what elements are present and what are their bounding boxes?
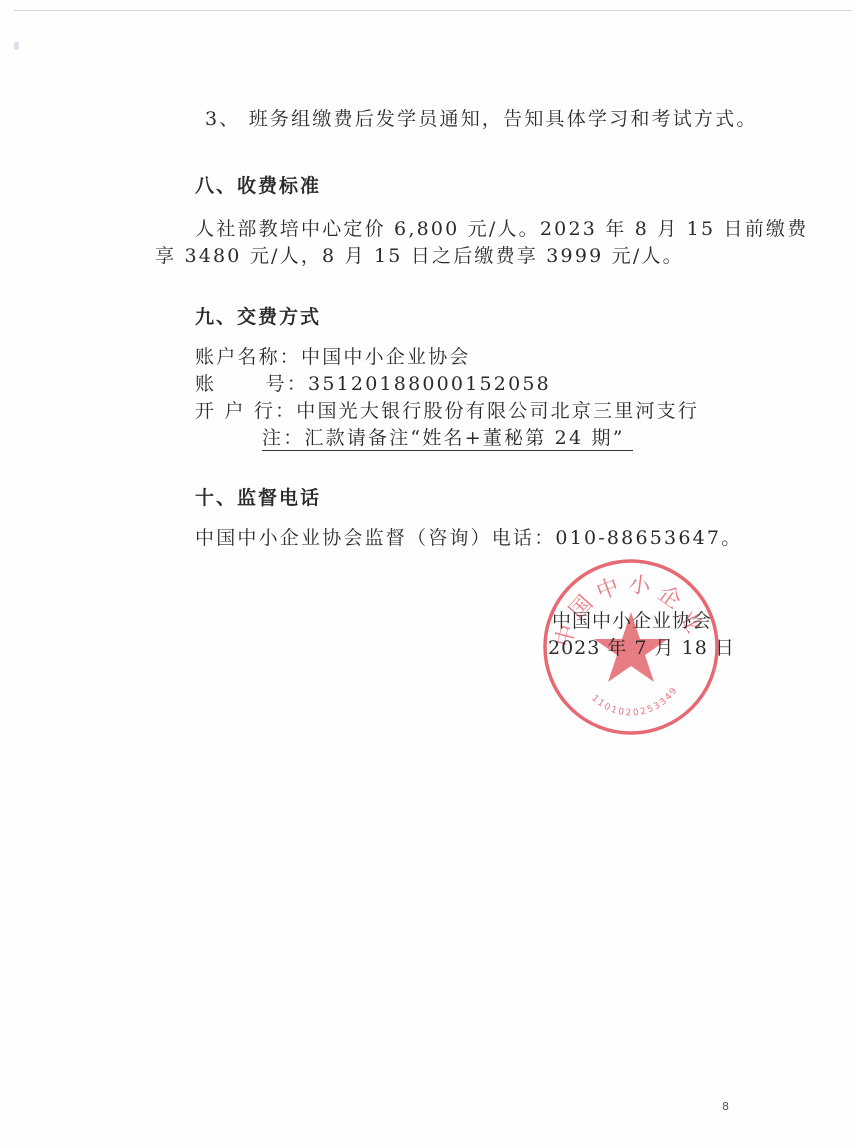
- svg-text:1101020253349: 1101020253349: [589, 685, 680, 719]
- section-8-title: 八、收费标准: [195, 174, 321, 198]
- signature-date: 2023 年 7 月 18 日: [548, 636, 735, 660]
- signature-org: 中国中小企业协会: [552, 609, 712, 633]
- page-number: 8: [722, 1100, 729, 1113]
- bank-name: 开 户 行：中国光大银行股份有限公司北京三里河支行: [195, 399, 699, 423]
- supervision-phone: 中国中小企业协会监督（咨询）电话：010-88653647。: [195, 526, 742, 550]
- account-name: 账户名称：中国中小企业协会: [195, 345, 471, 369]
- remittance-note-text: 注：汇款请备注“姓名+董秘第 24 期”: [262, 427, 633, 451]
- account-number-row: 账 号：35120188000152058: [195, 372, 551, 396]
- section-8-line1: 人社部教培中心定价 6,800 元/人。2023 年 8 月 15 日前缴费: [195, 217, 808, 241]
- scan-speck: [14, 42, 19, 50]
- section-10-title: 十、监督电话: [195, 486, 321, 510]
- scan-top-edge: [14, 10, 852, 11]
- section-9-title: 九、交费方式: [195, 305, 321, 329]
- remittance-note: 注：汇款请备注“姓名+董秘第 24 期”: [262, 426, 633, 450]
- item-3-text: 3、 班务组缴费后发学员通知，告知具体学习和考试方式。: [205, 107, 758, 131]
- account-number-label: 账 号：: [195, 373, 308, 395]
- account-number: 35120188000152058: [308, 373, 551, 395]
- section-8-line2: 享 3480 元/人，8 月 15 日之后缴费享 3999 元/人。: [155, 244, 684, 268]
